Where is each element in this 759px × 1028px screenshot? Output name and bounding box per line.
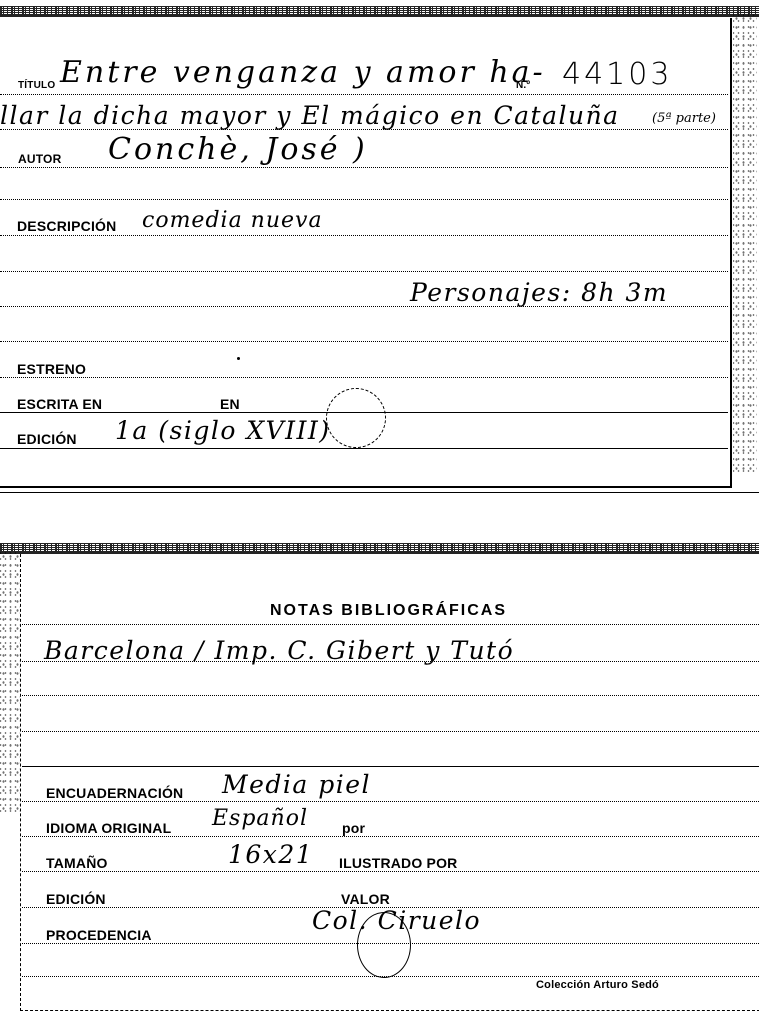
back-heading: NOTAS BIBLIOGRÁFICAS [270, 603, 507, 619]
label-escrita-en: ESCRITA EN [17, 397, 102, 411]
label-valor: VALOR [341, 892, 390, 906]
rule-encuadernacion [22, 801, 759, 802]
value-titulo-line2: llar la dicha mayor y El mágico en Catal… [0, 103, 620, 128]
value-edicion-front: 1a (siglo XVIII) [115, 418, 331, 443]
rule-notes-3 [22, 695, 759, 696]
rule-idioma [22, 836, 759, 837]
label-tamano: TAMAÑO [46, 856, 108, 870]
scan-edge-top [0, 6, 759, 15]
value-personajes: Personajes: 8h 3m [410, 280, 668, 305]
value-tamano: 16x21 [228, 842, 313, 867]
collection-footer: Colección Arturo Sedó [536, 980, 659, 991]
label-descripcion: DESCRIPCIÓN [17, 219, 116, 233]
rule-estreno [0, 377, 728, 378]
rule-titulo [0, 94, 728, 95]
rule-edicion [0, 448, 728, 449]
label-idioma-original: IDIOMA ORIGINAL [46, 821, 171, 835]
library-stamp-front [326, 388, 386, 448]
card-separator [0, 492, 759, 493]
library-stamp-back [357, 912, 411, 978]
value-numero: 44103 [562, 60, 672, 90]
label-titulo: TÍTULO [18, 81, 55, 91]
value-descripcion: comedia nueva [142, 210, 323, 232]
label-edicion-front: EDICIÓN [17, 432, 77, 446]
rule-descripcion [0, 235, 728, 236]
label-por: por [342, 821, 365, 835]
rule-notes-1 [22, 624, 759, 625]
label-edicion-back: EDICIÓN [46, 892, 106, 906]
rule-notes-5 [22, 766, 759, 767]
value-notes: Barcelona / Imp. C. Gibert y Tutó [44, 638, 514, 663]
scan-edge-middle [0, 543, 759, 552]
rule-notes-4 [22, 731, 759, 732]
label-escrita-en-lugar: EN [220, 397, 240, 411]
label-encuadernacion: ENCUADERNACIÓN [46, 786, 183, 800]
scan-noise-left [0, 552, 20, 812]
label-ilustrado-por: ILUSTRADO POR [339, 856, 458, 870]
rule-desc-4 [0, 341, 728, 342]
value-titulo-line1: Entre venganza y amor ha- [60, 58, 546, 88]
rule-autor [0, 167, 728, 168]
rule-blank-1 [0, 199, 728, 200]
scan-noise-right [733, 14, 757, 474]
value-titulo-line2-suffix: (5ª parte) [652, 112, 716, 125]
label-estreno: ESTRENO [17, 362, 86, 376]
value-encuadernacion: Media piel [222, 772, 371, 797]
value-autor: Conchè, José ) [108, 135, 368, 165]
ink-speck [237, 357, 240, 360]
label-numero: N.º [516, 81, 530, 91]
label-procedencia: PROCEDENCIA [46, 928, 152, 942]
label-autor: AUTOR [18, 153, 61, 165]
value-idioma-original: Español [212, 808, 308, 830]
rule-tamano [22, 871, 759, 872]
rule-desc-2 [0, 271, 728, 272]
